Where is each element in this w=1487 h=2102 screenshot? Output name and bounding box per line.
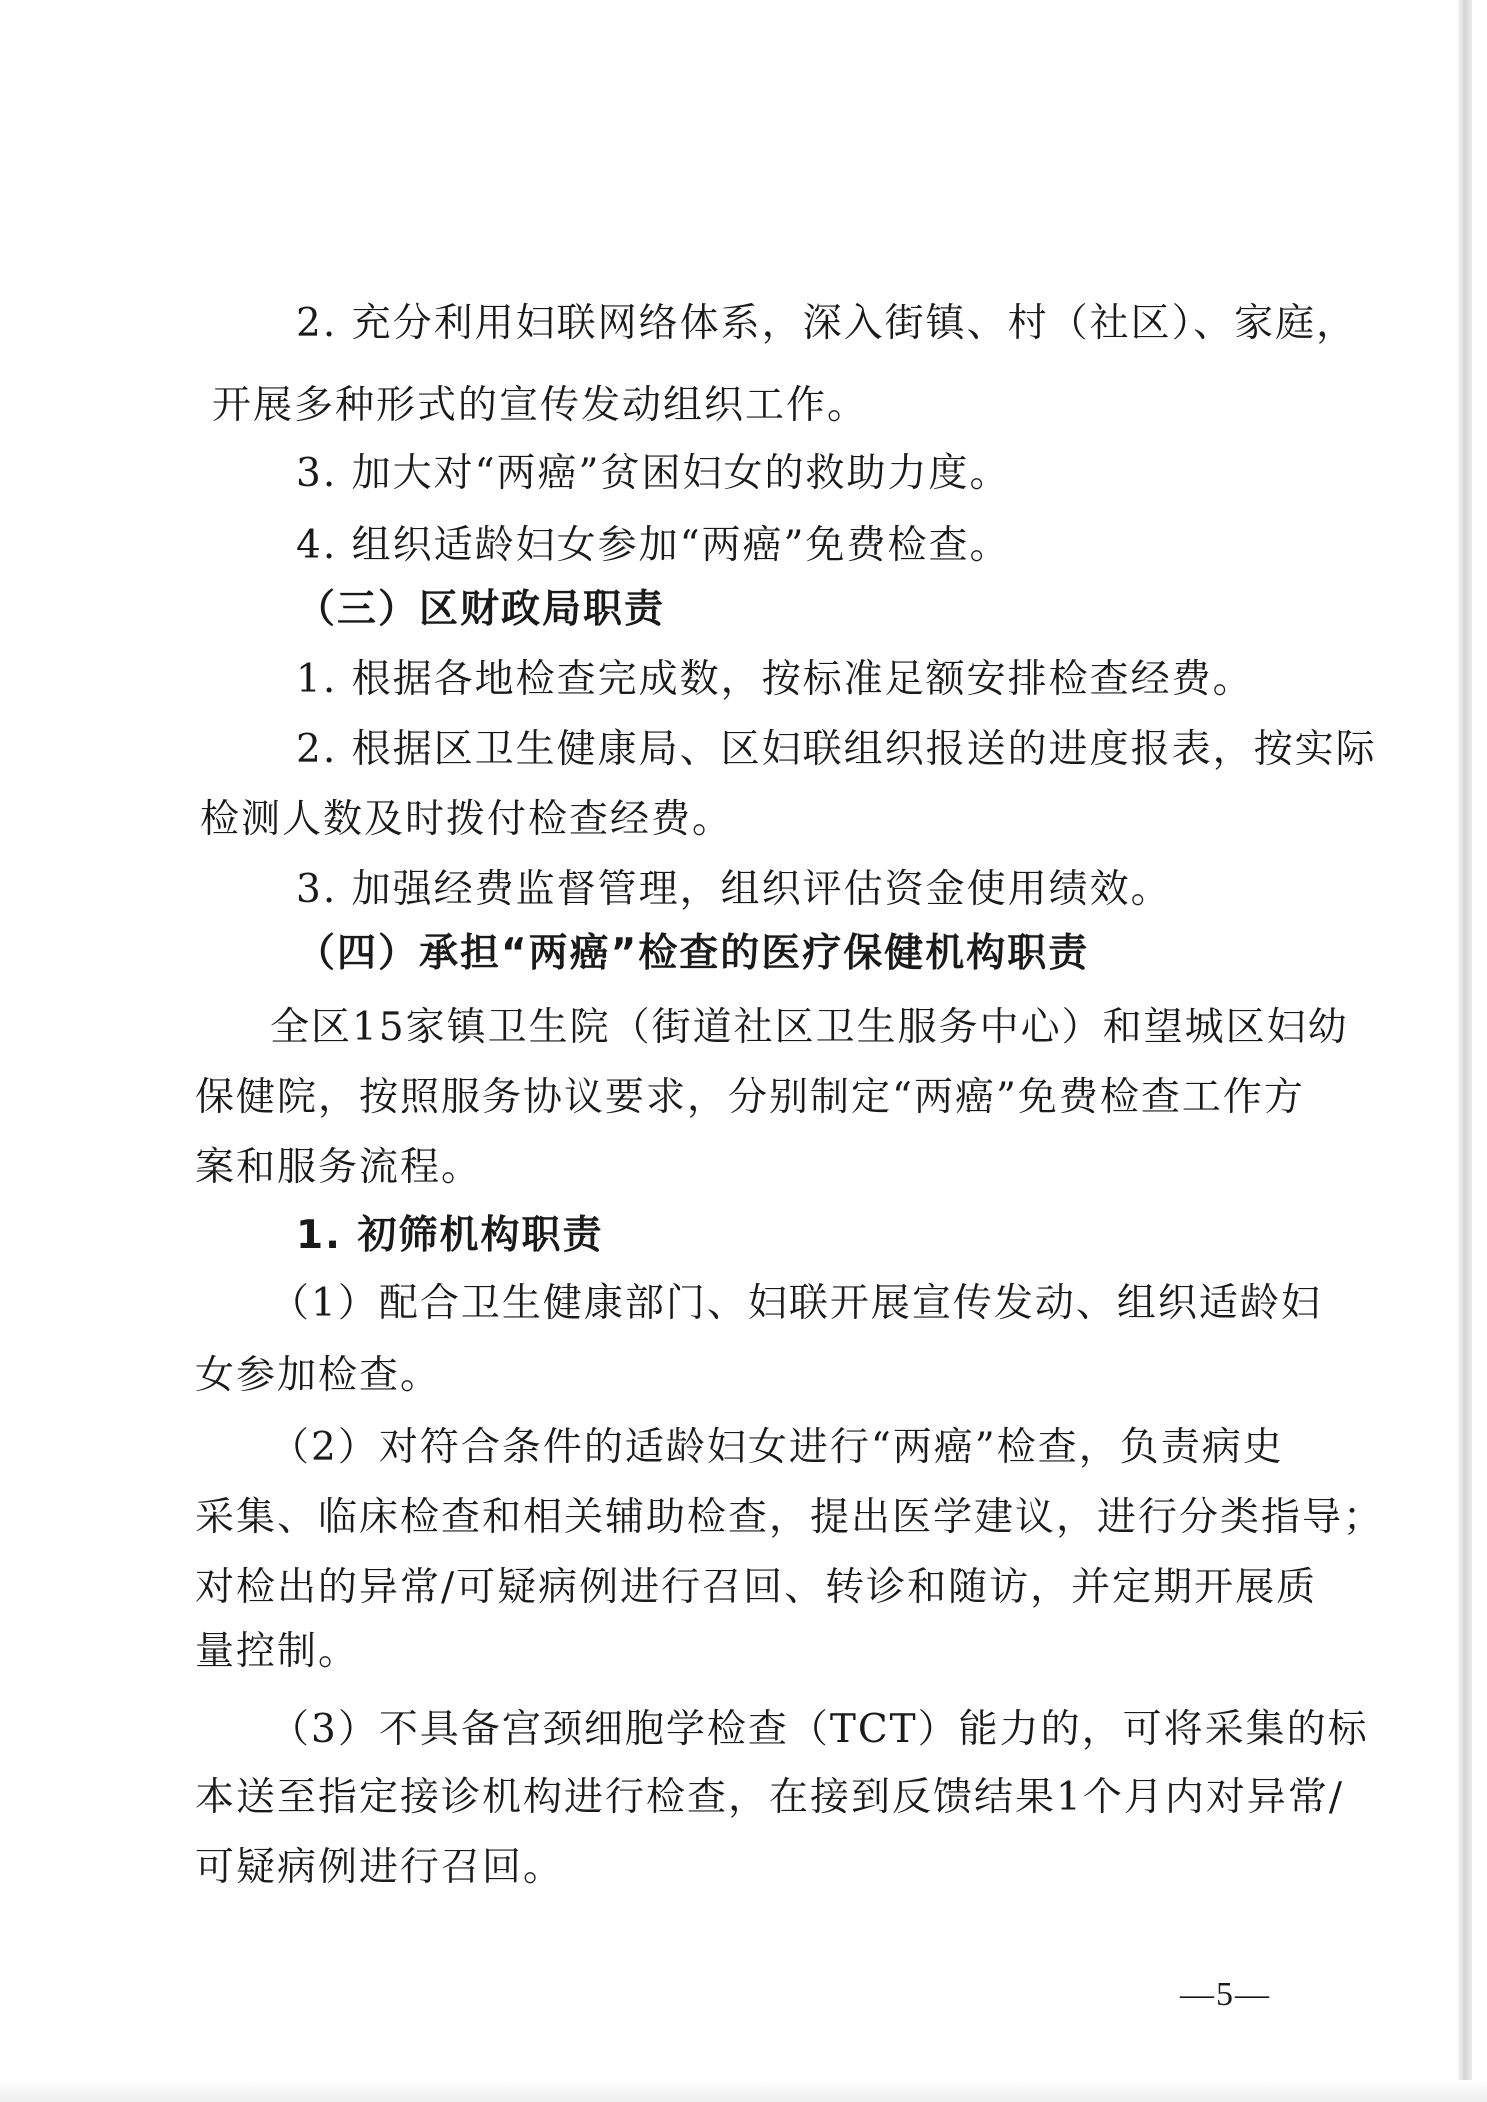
paragraph-line: （3）不具备宫颈细胞学检查（TCT）能力的，可将采集的标 [270,1702,1369,1758]
scan-edge-shadow [1458,0,1472,2102]
section-heading: （四）承担“两癌”检查的医疗保健机构职责 [296,926,1089,982]
paragraph-line: 采集、临床检查和相关辅助检查，提出医学建议，进行分类指导； [195,1490,1384,1546]
list-item: 3. 加强经费监督管理，组织评估资金使用绩效。 [296,862,1172,918]
paragraph-line: 可疑病例进行召回。 [195,1840,564,1896]
paragraph-line: 2. 充分利用妇联网络体系，深入街镇、村（社区）、家庭， [296,296,1357,352]
paragraph-line: 量控制。 [195,1624,359,1680]
paragraph-line: （2）对符合条件的适龄妇女进行“两癌”检查，负责病史 [270,1420,1284,1476]
paragraph-line: （1）配合卫生健康部门、妇联开展宣传发动、组织适龄妇 [270,1276,1322,1332]
paragraph-line: 2. 根据区卫生健康局、区妇联组织报送的进度报表，按实际 [296,722,1377,778]
document-page: 2. 充分利用妇联网络体系，深入街镇、村（社区）、家庭， 开展多种形式的宣传发动… [0,0,1487,2102]
list-item: 3. 加大对“两癌”贫困妇女的救助力度。 [296,446,1010,502]
paragraph-line: 检测人数及时拨付检查经费。 [200,792,733,848]
paragraph-line: 对检出的异常/可疑病例进行召回、转诊和随访，并定期开展质 [195,1560,1317,1616]
paragraph-line: 全区15家镇卫生院（街道社区卫生服务中心）和望城区妇幼 [270,1000,1349,1056]
section-heading: （三）区财政局职责 [296,582,665,638]
list-item: 4. 组织适龄妇女参加“两癌”免费检查。 [296,518,1010,574]
page-number: —5— [1180,1975,1271,2015]
list-item: 1. 根据各地检查完成数，按标准足额安排检查经费。 [296,652,1254,708]
sub-heading: 1. 初筛机构职责 [296,1208,604,1264]
paragraph-line: 案和服务流程。 [195,1140,482,1196]
paragraph-line: 女参加检查。 [195,1348,441,1404]
paragraph-line: 保健院，按照服务协议要求，分别制定“两癌”免费检查工作方 [195,1070,1305,1126]
paragraph-line: 开展多种形式的宣传发动组织工作。 [212,378,868,434]
paragraph-line: 本送至指定接诊机构进行检查，在接到反馈结果1个月内对异常/ [195,1770,1344,1826]
scan-bottom-edge [0,2080,1487,2102]
